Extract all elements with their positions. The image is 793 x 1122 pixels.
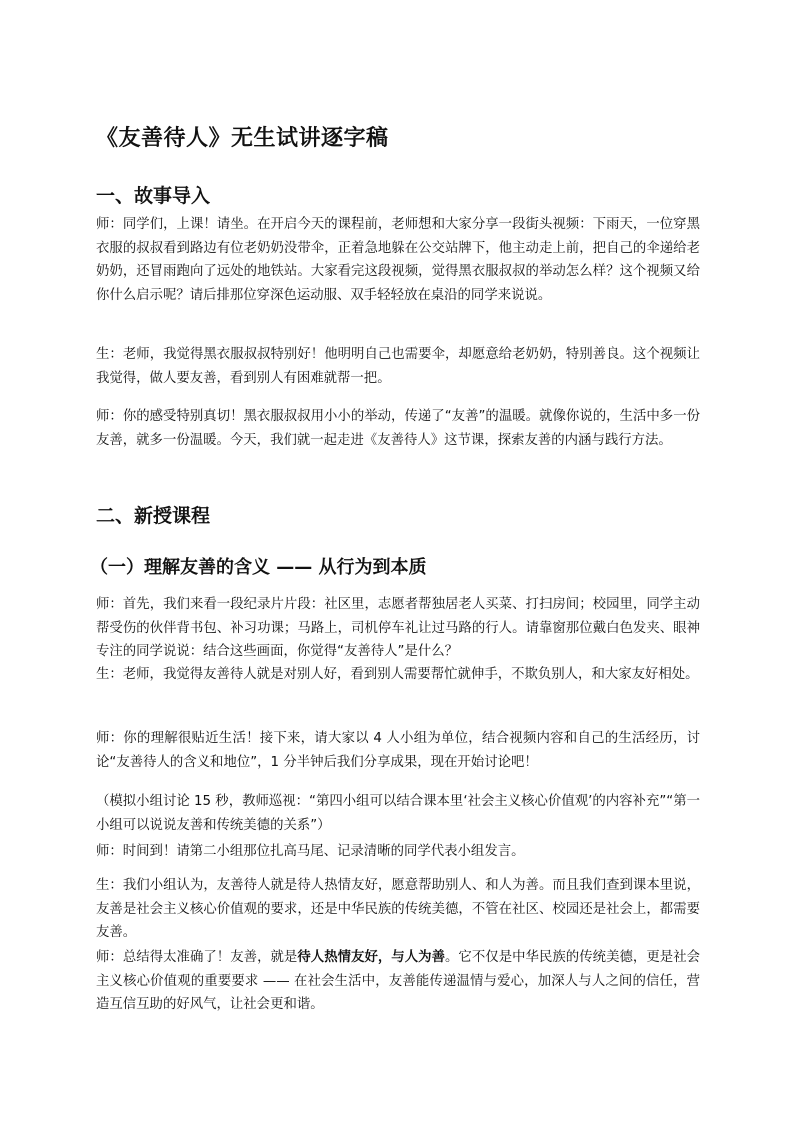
section-heading-story-intro: 一、故事导入: [96, 183, 210, 209]
paragraph: 生：我们小组认为，友善待人就是待人热情友好，愿意帮助别人、和人为善。而且我们查到…: [96, 874, 700, 945]
paragraph: 师：你的感受特别真切！黑衣服叔叔用小小的举动，传递了“友善”的温暖。就像你说的，…: [96, 405, 700, 452]
bold-emphasis: 待人热情友好，与人为善: [297, 950, 445, 965]
paragraph-summary: 师：总结得太准确了！友善，就是待人热情友好，与人为善。它不仅是中华民族的传统美德…: [96, 946, 700, 1017]
paragraph: 师：首先，我们来看一段纪录片片段：社区里，志愿者帮独居老人买菜、打扫房间；校园里…: [96, 593, 700, 664]
paragraph: 生：老师，我觉得友善待人就是对别人好，看到别人需要帮忙就伸手，不欺负别人，和大家…: [96, 663, 700, 687]
paragraph: 师：同学们，上课！请坐。在开启今天的课程前，老师想和大家分享一段街头视频：下雨天…: [96, 213, 700, 307]
paragraph: 师：你的理解很贴近生活！接下来，请大家以 4 人小组为单位，结合视频内容和自己的…: [96, 727, 700, 774]
paragraph: 师：时间到！请第二小组那位扎高马尾、记录清晰的同学代表小组发言。: [96, 840, 700, 864]
paragraph: 生：老师，我觉得黑衣服叔叔特别好！他明明自己也需要伞，却愿意给老奶奶，特别善良。…: [96, 343, 700, 390]
subsection-heading-meaning: （一）理解友善的含义 —— 从行为到本质: [90, 555, 427, 581]
text: 师：总结得太准确了！友善，就是: [96, 950, 297, 965]
section-heading-new-lesson: 二、新授课程: [96, 503, 210, 529]
paragraph: （模拟小组讨论 15 秒，教师巡视：“第四小组可以结合课本里‘社会主义核心价值观…: [96, 790, 700, 837]
document-title: 《友善待人》无生试讲逐字稿: [96, 124, 389, 154]
